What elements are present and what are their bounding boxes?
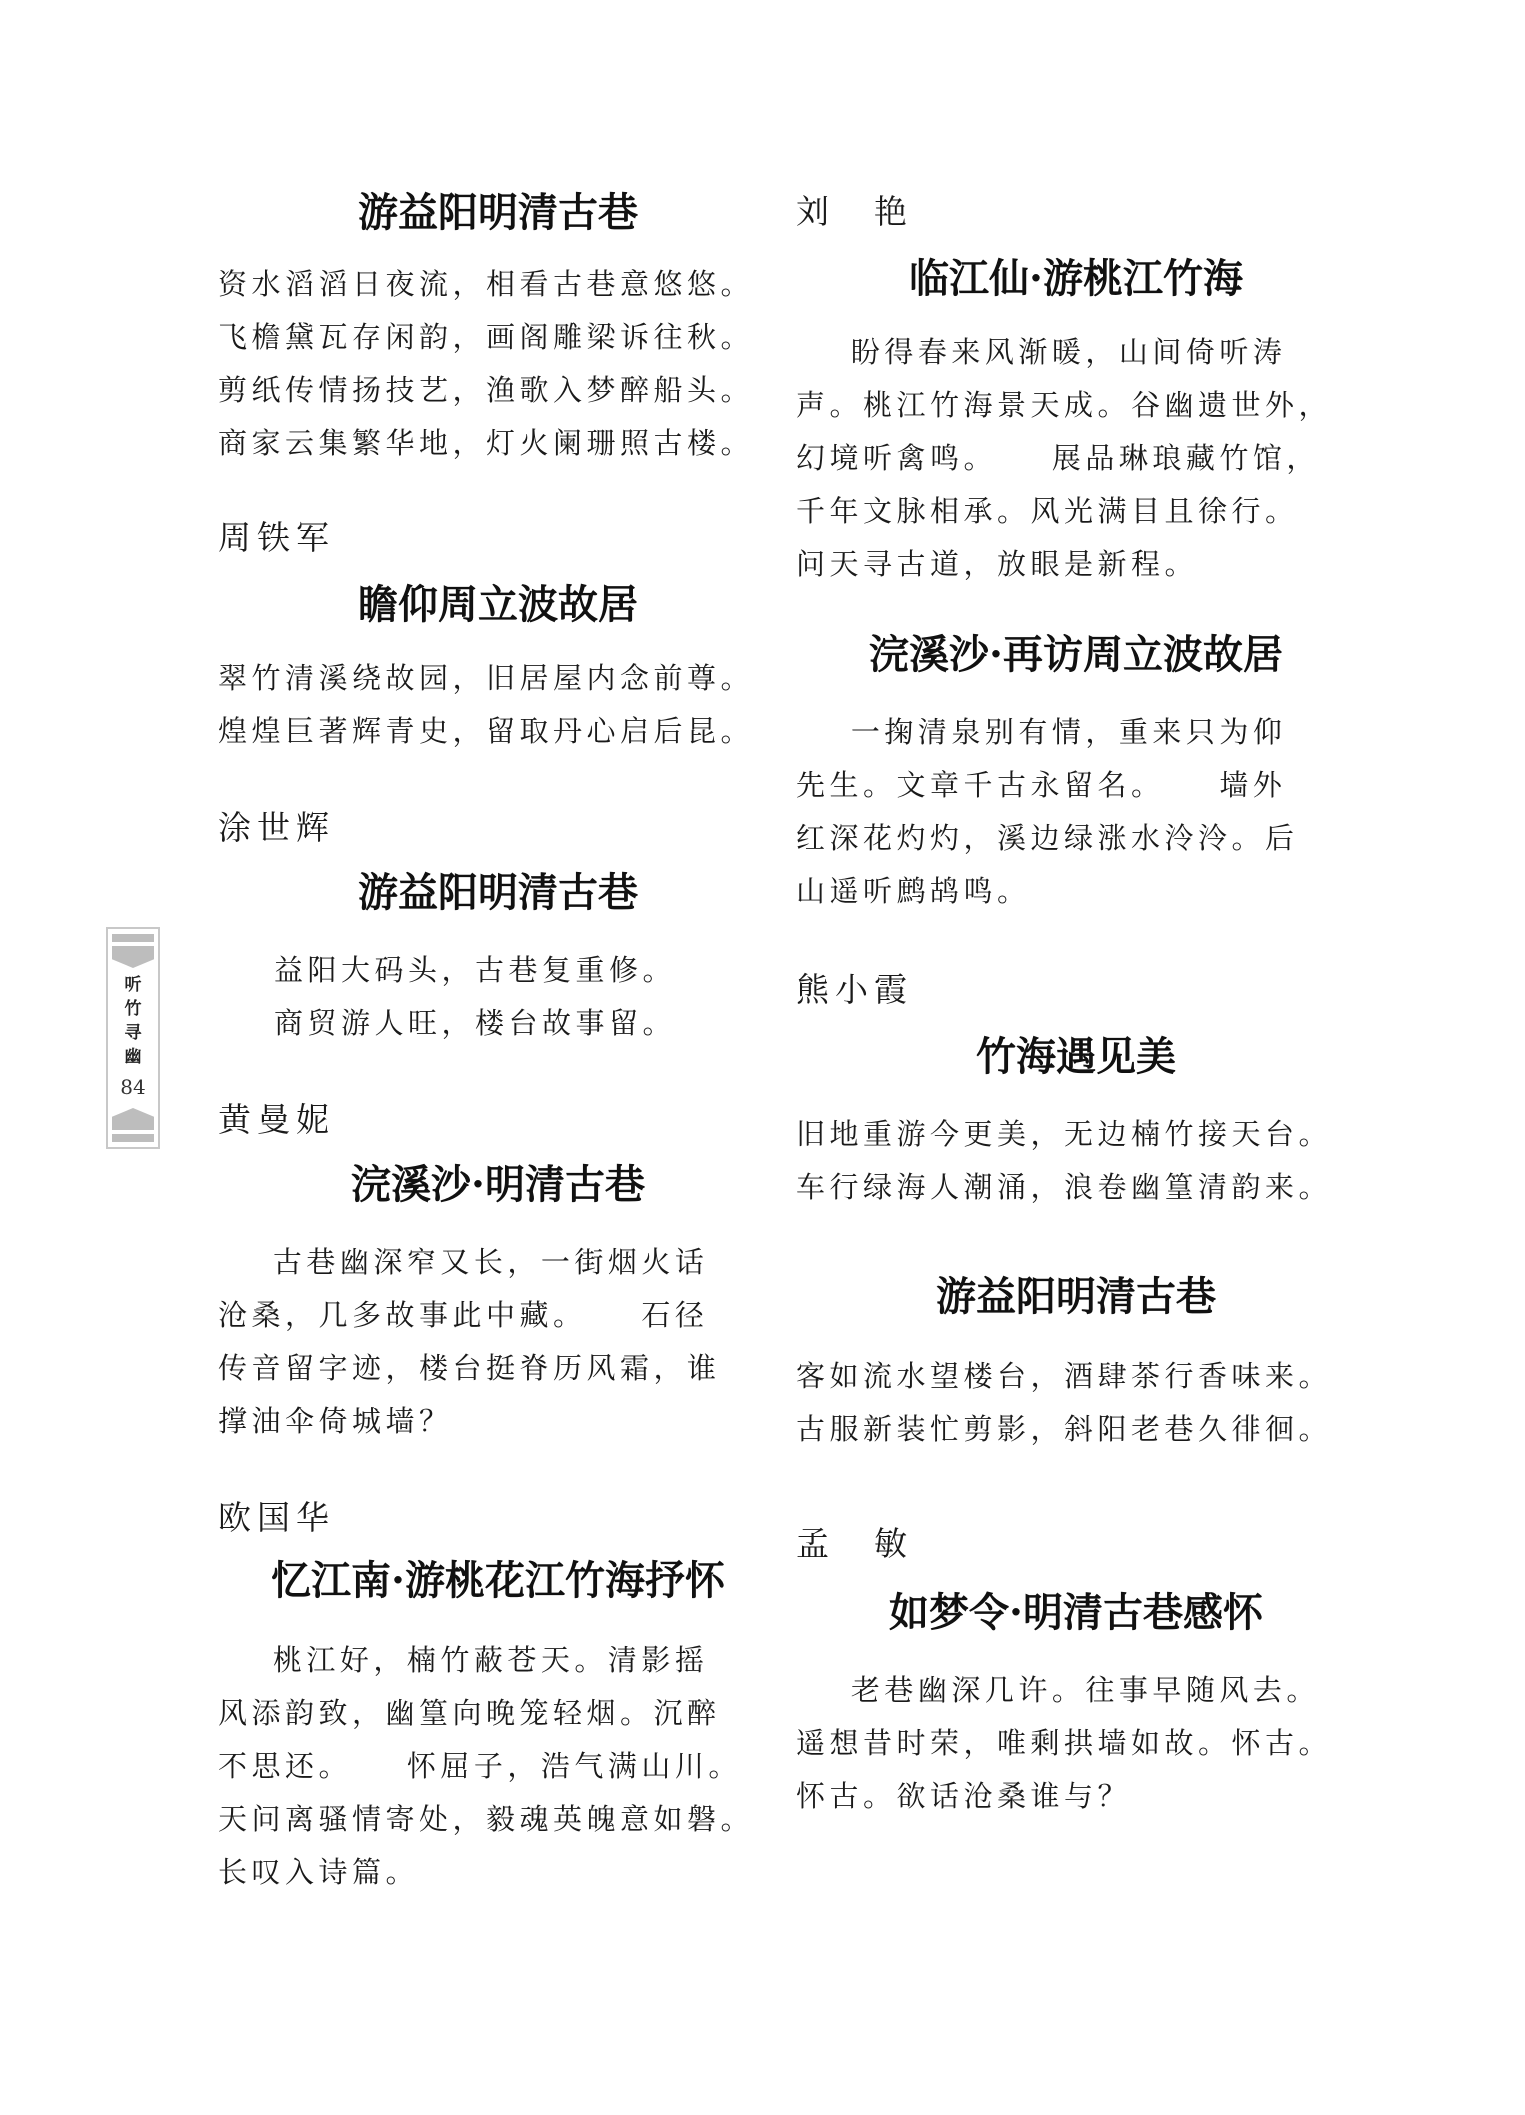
poem-author: 涂世辉 — [218, 808, 778, 848]
poem-line: 红深花灼灼，溪边绿涨水泠泠。后 — [796, 812, 1356, 865]
poem-line: 一掬清泉别有情，重来只为仰 — [796, 706, 1356, 759]
poem-body: 资水滔滔日夜流，相看古巷意悠悠。 飞檐黛瓦存闲韵，画阁雕梁诉往秋。 剪纸传情扬技… — [218, 258, 778, 470]
poem-title: 如梦令·明清古巷感怀 — [796, 1588, 1356, 1638]
poem-line: 商家云集繁华地，灯火阑珊照古楼。 — [218, 417, 778, 470]
poem-line: 旧地重游今更美，无边楠竹接天台。 — [796, 1108, 1356, 1161]
poem: 竹海遇见美 — [796, 1032, 1356, 1082]
poem-line: 声。桃江竹海景天成。谷幽遗世外， — [796, 379, 1356, 432]
poem-body: 老巷幽深几许。往事早随风去。 遥想昔时荣，唯剩拱墙如故。怀古。 怀古。欲话沧桑谁… — [796, 1664, 1356, 1823]
poem: 游益阳明清古巷 — [796, 1272, 1356, 1322]
poem-line: 长叹入诗篇。 — [218, 1846, 778, 1899]
tab-top-chevron — [112, 946, 154, 968]
tab-top-band — [112, 934, 154, 942]
poem-line: 车行绿海人潮涌，浪卷幽篁清韵来。 — [796, 1161, 1356, 1214]
poem: 浣溪沙·再访周立波故居 — [796, 630, 1356, 680]
poem-title: 忆江南·游桃花江竹海抒怀 — [218, 1556, 778, 1606]
poem-body: 一掬清泉别有情，重来只为仰 先生。文章千古永留名。 墙外 红深花灼灼，溪边绿涨水… — [796, 706, 1356, 918]
poem-body: 盼得春来风渐暖，山间倚听涛 声。桃江竹海景天成。谷幽遗世外， 幻境听禽鸣。 展品… — [796, 326, 1356, 591]
poem-line: 剪纸传情扬技艺，渔歌入梦醉船头。 — [218, 364, 778, 417]
poem-author: 刘 艳 — [796, 192, 1356, 232]
poem: 游益阳明清古巷 — [218, 188, 778, 238]
poem-line: 古巷幽深窄又长，一街烟火话 — [218, 1236, 778, 1289]
poem-author: 黄曼妮 — [218, 1100, 778, 1140]
page-number: 84 — [108, 1075, 158, 1099]
poem-line: 怀古。欲话沧桑谁与？ — [796, 1770, 1356, 1823]
poem: 如梦令·明清古巷感怀 — [796, 1588, 1356, 1638]
poem-line: 古服新装忙剪影，斜阳老巷久徘徊。 — [796, 1403, 1356, 1456]
poem-author: 周铁军 — [218, 518, 778, 558]
poem: 忆江南·游桃花江竹海抒怀 — [218, 1556, 778, 1606]
poem: 浣溪沙·明清古巷 — [218, 1160, 778, 1210]
poem-title: 竹海遇见美 — [796, 1032, 1356, 1082]
poem-body: 桃江好，楠竹蔽苍天。清影摇 风添韵致，幽篁向晚笼轻烟。沉醉 不思还。 怀屈子，浩… — [218, 1634, 778, 1899]
poem-line: 先生。文章千古永留名。 墙外 — [796, 759, 1356, 812]
poem-line: 传音留字迹，楼台挺脊历风霜，谁 — [218, 1342, 778, 1395]
poem-body: 客如流水望楼台，酒肆茶行香味来。 古服新装忙剪影，斜阳老巷久徘徊。 — [796, 1350, 1356, 1456]
poem-line: 山遥听鹧鸪鸣。 — [796, 865, 1356, 918]
poem-line: 翠竹清溪绕故园，旧居屋内念前尊。 — [218, 652, 778, 705]
poem-title: 游益阳明清古巷 — [796, 1272, 1356, 1322]
tab-bottom-band — [112, 1134, 154, 1142]
poem-line: 盼得春来风渐暖，山间倚听涛 — [796, 326, 1356, 379]
poem: 瞻仰周立波故居 — [218, 580, 778, 630]
poem-author: 欧国华 — [218, 1498, 778, 1538]
poem-line: 益阳大码头，古巷复重修。 — [274, 944, 778, 997]
poem-title: 游益阳明清古巷 — [218, 868, 778, 918]
section-side-tab: 听 竹 寻 幽 84 — [106, 927, 160, 1149]
poem-line: 遥想昔时荣，唯剩拱墙如故。怀古。 — [796, 1717, 1356, 1770]
poem-line: 老巷幽深几许。往事早随风去。 — [796, 1664, 1356, 1717]
poem-title: 浣溪沙·明清古巷 — [218, 1160, 778, 1210]
poem-body: 翠竹清溪绕故园，旧居屋内念前尊。 煌煌巨著辉青史，留取丹心启后昆。 — [218, 652, 778, 758]
poem-line: 煌煌巨著辉青史，留取丹心启后昆。 — [218, 705, 778, 758]
poem: 临江仙·游桃江竹海 — [796, 254, 1356, 304]
poem-line: 桃江好，楠竹蔽苍天。清影摇 — [218, 1634, 778, 1687]
poem-line: 千年文脉相承。风光满目且徐行。 — [796, 485, 1356, 538]
section-title-vertical: 听 竹 寻 幽 — [108, 973, 158, 1069]
poem-line: 撑油伞倚城墙？ — [218, 1395, 778, 1448]
poem-title: 浣溪沙·再访周立波故居 — [796, 630, 1356, 680]
poem-line: 客如流水望楼台，酒肆茶行香味来。 — [796, 1350, 1356, 1403]
poem-title: 临江仙·游桃江竹海 — [796, 254, 1356, 304]
poem-line: 沧桑，几多故事此中藏。 石径 — [218, 1289, 778, 1342]
poem-line: 天问离骚情寄处，毅魂英魄意如磐。 — [218, 1793, 778, 1846]
poem-title: 瞻仰周立波故居 — [218, 580, 778, 630]
poem-line: 问天寻古道，放眼是新程。 — [796, 538, 1356, 591]
tab-bottom-chevron — [112, 1108, 154, 1130]
poem: 游益阳明清古巷 — [218, 868, 778, 918]
poem-body: 益阳大码头，古巷复重修。 商贸游人旺，楼台故事留。 — [218, 944, 778, 1050]
poem-line: 飞檐黛瓦存闲韵，画阁雕梁诉往秋。 — [218, 311, 778, 364]
poem-line: 风添韵致，幽篁向晚笼轻烟。沉醉 — [218, 1687, 778, 1740]
poem-line: 不思还。 怀屈子，浩气满山川。 — [218, 1740, 778, 1793]
poem-author: 孟 敏 — [796, 1524, 1356, 1564]
poem-line: 商贸游人旺，楼台故事留。 — [274, 997, 778, 1050]
poem-body: 旧地重游今更美，无边楠竹接天台。 车行绿海人潮涌，浪卷幽篁清韵来。 — [796, 1108, 1356, 1214]
poem-body: 古巷幽深窄又长，一街烟火话 沧桑，几多故事此中藏。 石径 传音留字迹，楼台挺脊历… — [218, 1236, 778, 1448]
poem-author: 熊小霞 — [796, 970, 1356, 1010]
poem-line: 资水滔滔日夜流，相看古巷意悠悠。 — [218, 258, 778, 311]
poem-title: 游益阳明清古巷 — [218, 188, 778, 238]
poem-line: 幻境听禽鸣。 展品琳琅藏竹馆， — [796, 432, 1356, 485]
